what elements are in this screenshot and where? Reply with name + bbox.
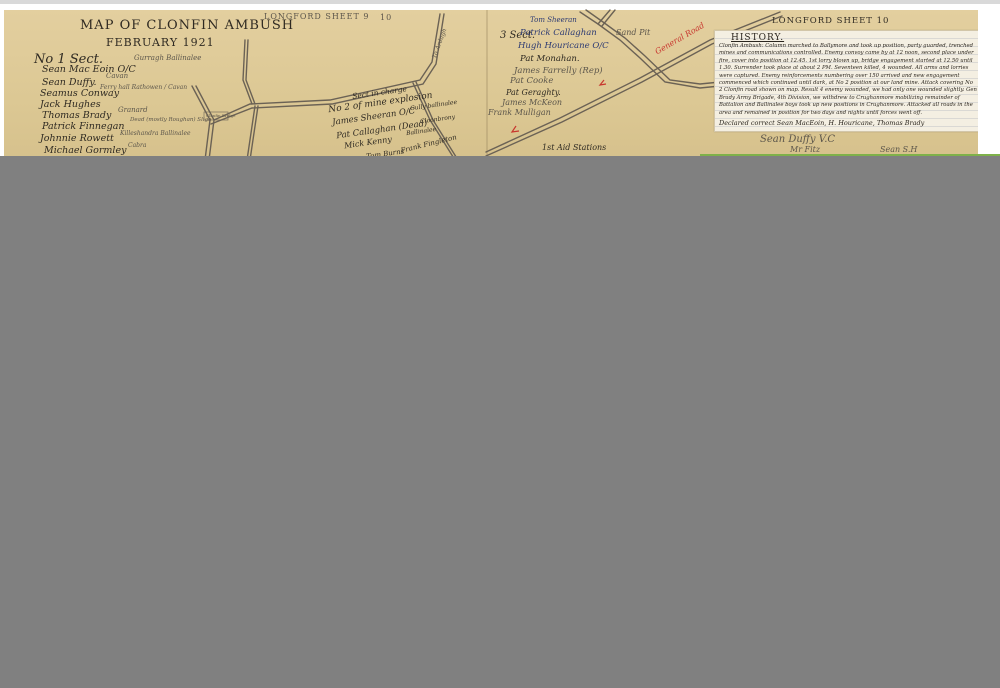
section-1-man: Patrick Finnegan bbox=[42, 121, 124, 132]
section-3-man: James Farrelly (Rep) bbox=[514, 66, 603, 76]
history-title: HISTORY. bbox=[731, 33, 784, 43]
section-3-man: Tom Sheeran bbox=[530, 16, 577, 24]
sheet-label-10: LONGFORD SHEET 10 bbox=[772, 16, 889, 26]
gray-overlay bbox=[0, 156, 1000, 688]
section-1-man: Johnnie Rowett bbox=[40, 133, 114, 144]
sheet-label-10-small: 10 bbox=[380, 13, 392, 22]
section-3-man: Pat Geraghty. bbox=[506, 88, 561, 97]
pencil-signature: Mr Fitz bbox=[790, 145, 820, 154]
section-1-note: Dead (mostly Roughan) Sligo bbox=[130, 117, 211, 123]
section-3-man: Pat Monahan. bbox=[520, 54, 580, 64]
pencil-signature: Sean S.H bbox=[880, 145, 917, 154]
section-1-man: Michael Gormley bbox=[44, 145, 126, 156]
road-label-sand-pit: Sand Pit bbox=[616, 28, 650, 37]
history-signatures: Declared correct Sean MacEoin, H. Houric… bbox=[719, 119, 924, 127]
section-1-note: Gurragh Ballinalee bbox=[134, 54, 201, 62]
section-3-man: James McKeon bbox=[502, 98, 562, 107]
section-1-note: Ferry hall Rathowen / Cavan bbox=[100, 84, 187, 91]
history-body: Clonfin Ambush: Column marched to Ballym… bbox=[719, 43, 977, 117]
section-3-man: Patrick Callaghan bbox=[520, 28, 597, 38]
road-label-aid-stations: 1st Aid Stations bbox=[542, 143, 606, 152]
section-1-note: Cavan bbox=[106, 72, 128, 80]
section-3-man: Frank Mulligan bbox=[488, 108, 551, 117]
section-1-man: Thomas Brady bbox=[42, 110, 111, 121]
map-title: MAP OF CLONFIN AMBUSH bbox=[80, 18, 294, 33]
section-1-man: Sean Duffy. bbox=[42, 77, 97, 88]
section-3-man: Hugh Houricane O/C bbox=[518, 41, 609, 51]
section-1-note: Cabra bbox=[128, 142, 146, 149]
map-date: FEBRUARY 1921 bbox=[106, 36, 215, 49]
section-1-man: Jack Hughes bbox=[40, 99, 101, 110]
history-note: HISTORY. Clonfin Ambush: Column marched … bbox=[714, 30, 982, 132]
section-3-man: Pat Cooke bbox=[510, 76, 553, 86]
sheet-label-9: LONGFORD SHEET 9 bbox=[264, 12, 369, 21]
pencil-signature: Sean Duffy V.C bbox=[760, 134, 835, 145]
section-1-note: Granard bbox=[118, 106, 148, 114]
section-1-note: Killeshandra Ballinalee bbox=[120, 130, 191, 137]
right-margin bbox=[978, 10, 1000, 156]
